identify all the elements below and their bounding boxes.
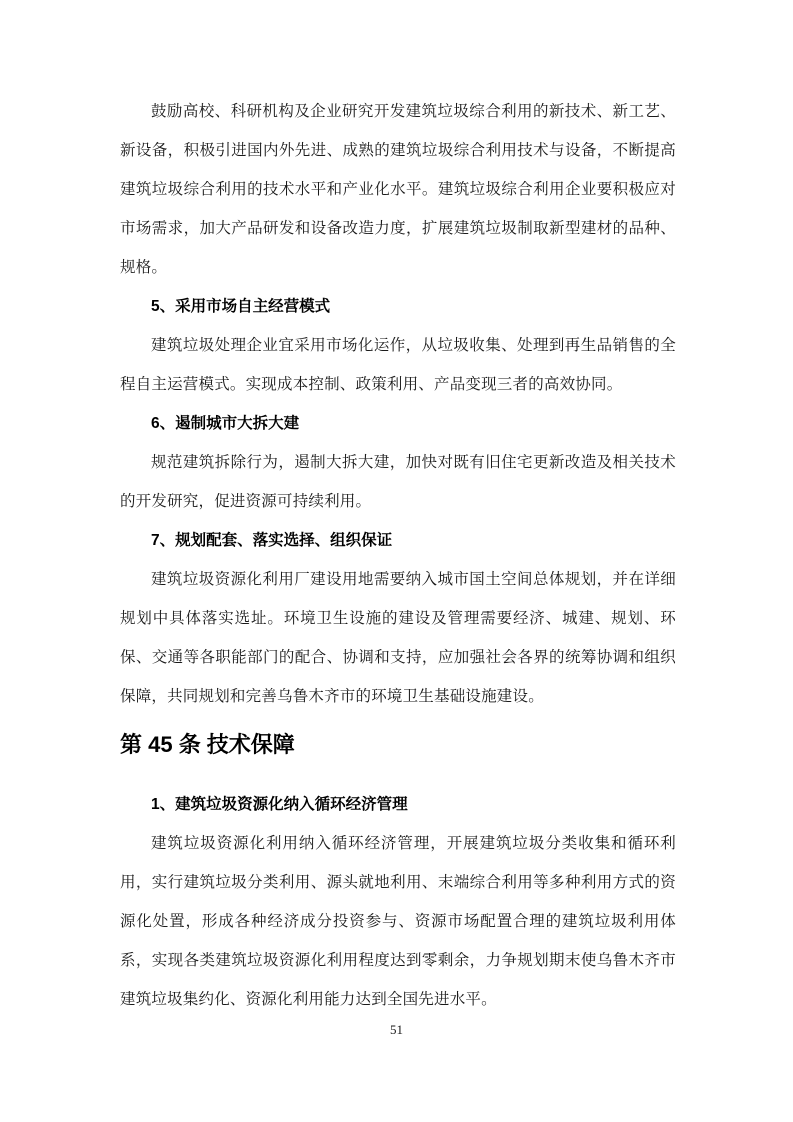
subsection-1-body: 建筑垃圾资源化利用纳入循环经济管理，开展建筑垃圾分类收集和循环利用，实行建筑垃圾… [120, 824, 676, 1019]
intro-paragraph: 鼓励高校、科研机构及企业研究开发建筑垃圾综合利用的新技术、新工艺、新设备，积极引… [120, 92, 676, 287]
subsection-1-heading: 1、建筑垃圾资源化纳入循环经济管理 [120, 785, 676, 824]
document-page: 鼓励高校、科研机构及企业研究开发建筑垃圾综合利用的新技术、新工艺、新设备，积极引… [0, 0, 793, 1122]
section-5-heading: 5、采用市场自主经营模式 [120, 287, 676, 326]
page-number: 51 [0, 1022, 793, 1038]
section-6-body: 规范建筑拆除行为，遏制大拆大建，加快对既有旧住宅更新改造及相关技术的开发研究，促… [120, 443, 676, 521]
document-content: 鼓励高校、科研机构及企业研究开发建筑垃圾综合利用的新技术、新工艺、新设备，积极引… [120, 92, 676, 1019]
section-7-heading: 7、规划配套、落实选择、组织保证 [120, 521, 676, 560]
article-45-heading: 第 45 条 技术保障 [120, 724, 676, 766]
section-5-body: 建筑垃圾处理企业宜采用市场化运作，从垃圾收集、处理到再生品销售的全程自主运营模式… [120, 326, 676, 404]
section-7-body: 建筑垃圾资源化利用厂建设用地需要纳入城市国土空间总体规划，并在详细规划中具体落实… [120, 560, 676, 716]
section-6-heading: 6、遏制城市大拆大建 [120, 404, 676, 443]
